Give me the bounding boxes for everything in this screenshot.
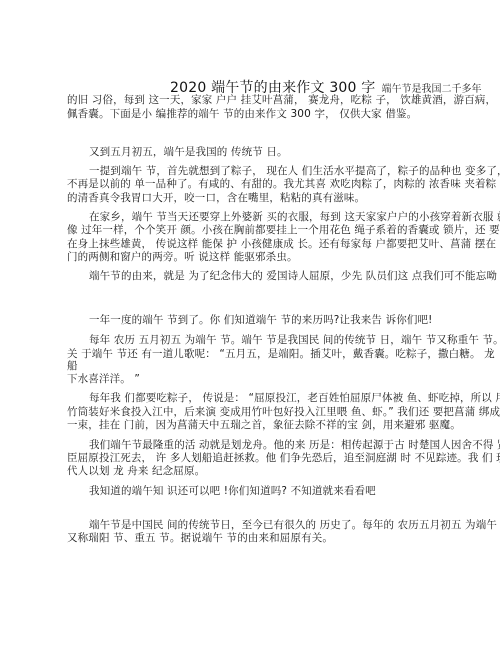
paragraph-line: 端午节是中国民 间的传统节日，至今已有很久的 历史了。每年的 农历五月初五 为端… xyxy=(89,519,432,532)
paragraph-line: 在身上抹些雄黄， 传说这样 能保 护 小孩健康成 长。还有每家每 户都要把艾叶、… xyxy=(67,238,432,251)
paragraph-line: 竹筒装好米食投入江中，后来演 变成用竹叶包好投入江里喂 鱼、虾。” 我们还 要把… xyxy=(67,406,432,419)
intro-line: 佩香囊。下面是小 编推荐的端午 节的由来作文 300 字， 仅供大家 借鉴。 xyxy=(67,108,432,121)
paragraph-line: 代人以划 龙 舟来 纪念屈原。 xyxy=(67,465,432,478)
paragraph-line: 臣屈原投江死去， 许 多人划船追赶拯救。他 们争先恐后，追至洞庭湖 时 不见踪迹… xyxy=(67,452,432,465)
paragraph-line: 门的两侧和窗户的两旁。听 说这样 能驱邪杀虫。 xyxy=(67,251,432,264)
paragraph-line: 我知道的端午知 识还可以吧 !你们知道吗? 不知道就来看看吧 xyxy=(89,485,432,498)
paragraph-line: 我们端午节最隆重的活 动就是划龙舟。他的来 历是：相传起源于古 时楚国人因舍不得… xyxy=(89,439,432,452)
paragraph-line: 的清香真令我胃口大开，咬一口，含在嘴里，粘粘的真有滋味。 xyxy=(67,192,432,205)
paragraph-line: 又到五月初五，端午是我国的 传统节 日。 xyxy=(89,146,432,159)
paragraph-line: 下水喜洋洋。 ” xyxy=(67,373,432,386)
paragraph-line: 一年一度的端午 节到了。你 们知道端午 节的来历吗?让我来告 诉你们吧! xyxy=(89,314,432,327)
document-page: 2020 端午节的由来作文 300 字端午节是我国二千多年 的旧 习俗，每到 这… xyxy=(0,0,500,648)
paragraph-line: 又称瑞阳 节、重五 节。据说端午 节的由来和屈原有关。 xyxy=(67,532,432,545)
paragraph-line: 端午节的由来，就是 为了纪念伟大的 爱国诗人屈原，少先 队员们这 点我们可不能忘… xyxy=(89,270,432,283)
paragraph-line: 在家乡，端午 节当天还要穿上外婆新 买的衣服，每到 这天家家户户的小孩穿着新衣服… xyxy=(89,211,432,224)
intro-line: 的旧 习俗，每到 这一天，家家 户户 挂艾叶菖蒲， 赛龙舟，吃粽 子， 饮雄黄酒… xyxy=(67,94,432,107)
paragraph-line: 一提到端午 节，首先就想到了粽子， 现在人 们生活水平提高了，粽子的品种也 变多… xyxy=(89,165,432,178)
paragraph-line: 像 过年一样，个个笑开 颜。小孩在胸前都要挂上一个用花色 绳子系着的香囊或 锁片… xyxy=(67,224,432,237)
paragraph-line: 船 xyxy=(67,360,432,373)
paragraph-line: 每年我 们都要吃粽子， 传说是： “屈原投江，老百姓怕屈原尸体被 鱼、虾吃掉，所… xyxy=(89,392,432,405)
paragraph-line: 一束，挂在 门前，因为菖蒲天中五瑞之首，象征去除不祥的宝 剑，用来避邪 驱魔。 xyxy=(67,419,432,432)
paragraph-line: 每年 农历 五月初五 为端午 节。端午 节是我国民 间的传统节 日，端午 节又称… xyxy=(89,334,432,347)
paragraph-line: 不再是以前的 单一品种了。有咸的、有甜的。我尤其喜 欢吃肉粽了，肉粽的 浓香味 … xyxy=(67,178,432,191)
